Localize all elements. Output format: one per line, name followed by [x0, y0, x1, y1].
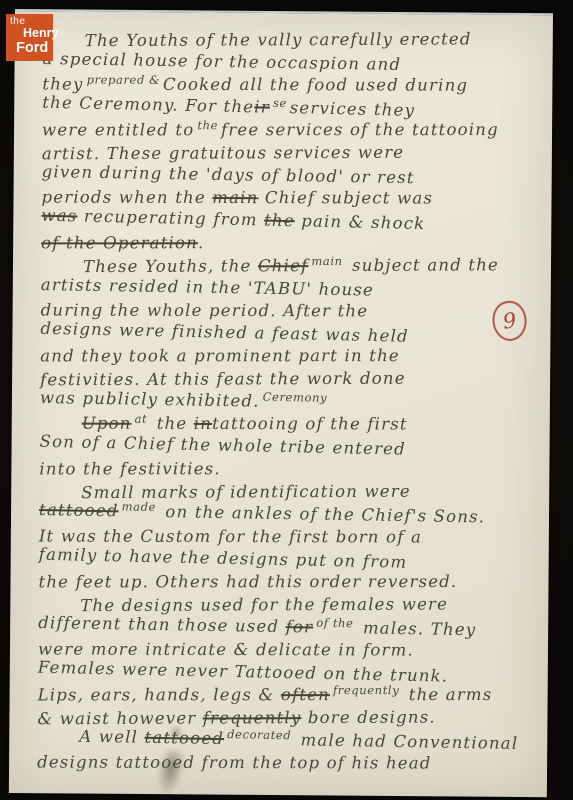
struck-text: of the Operation [41, 234, 198, 253]
text-segment: artist. These gratuitous services were [42, 143, 404, 164]
text-segment: These Youths, the [83, 256, 258, 276]
ink-smudge-small [169, 724, 183, 740]
text-segment: pain & shock [295, 211, 426, 233]
text-segment: The designs used for the females were [80, 594, 448, 615]
manuscript-line: into the festivities. [39, 459, 543, 482]
struck-text: tattooed [39, 500, 119, 520]
text-segment: they [42, 75, 83, 94]
page-number: 9 [501, 308, 517, 334]
text-segment: males. They [356, 619, 476, 640]
text-segment: and they took a prominent part in the [40, 346, 400, 365]
logo-ford: Ford [16, 41, 53, 56]
text-segment: the arms [402, 685, 492, 704]
struck-text: for [285, 618, 313, 637]
text-segment: the feet up. Others had this order rever… [38, 572, 457, 591]
struck-text: was [41, 205, 77, 225]
struck-text: frequently [203, 708, 302, 727]
struck-text: Chief [258, 256, 308, 275]
inserted-text: frequently [333, 683, 399, 697]
text-segment: were entitled to [42, 121, 194, 140]
logo-henry: Henry [23, 27, 53, 40]
inserted-text: se [273, 95, 287, 109]
struck-text: Upon [82, 414, 132, 433]
inserted-text: Ceremony [263, 389, 328, 404]
text-segment: tattooing of the first [212, 414, 408, 434]
text-segment: festivities. At this feast the work done [40, 369, 406, 390]
text-segment: Chief subject was [258, 188, 433, 207]
text-segment: bore designs. [301, 707, 436, 727]
text-segment: were more intricate & delicate in form. [38, 640, 414, 660]
text-segment: was publicly exhibited. [40, 388, 260, 411]
manuscript-text: The Youths of the vally carefully erecte… [9, 11, 553, 797]
text-segment: the Ceremony. For the [42, 92, 254, 116]
inserted-text: of the [316, 616, 354, 631]
text-segment: the [150, 414, 194, 433]
text-segment: periods when the [41, 188, 212, 207]
struck-text: tattooed [144, 728, 224, 748]
text-segment: recuperating from [77, 206, 264, 229]
text-segment: Cooked all the food used during [163, 75, 468, 95]
text-segment: free services of the tattooing [221, 120, 499, 139]
struck-text: the [264, 210, 295, 230]
inserted-text: at [135, 412, 148, 426]
henry-ford-logo: the Henry Ford [6, 14, 53, 61]
inserted-text: main [311, 254, 342, 268]
text-segment: different than those used [38, 613, 286, 636]
inserted-text: the [197, 118, 218, 132]
text-segment: services they [290, 98, 416, 120]
inserted-text: made [122, 500, 157, 515]
text-segment: Lips, ears, hands, legs & [38, 685, 281, 704]
struck-text: ir [254, 97, 270, 116]
text-segment: The Youths of the vally carefully erecte… [85, 29, 472, 50]
inserted-text: prepared & [87, 73, 160, 87]
manuscript-page: The Youths of the vally carefully erecte… [9, 9, 553, 797]
manuscript-line: were entitled tothefree services of the … [42, 120, 546, 143]
struck-text: main [212, 188, 258, 207]
text-segment: . [198, 234, 204, 253]
text-segment: subject and the [346, 255, 499, 275]
struck-text: often [281, 685, 330, 704]
text-segment: during the whole period. After the [41, 301, 369, 321]
text-segment: on the ankles of the Chief's Sons. [159, 502, 486, 526]
struck-text: in [194, 414, 212, 433]
text-segment: It was the Custom for the first born of … [39, 527, 422, 547]
manuscript-line: designs tattooed from the top of his hea… [37, 753, 541, 777]
text-segment: into the festivities. [39, 460, 220, 479]
inserted-text: decorated [227, 727, 291, 742]
manuscript-line: Lips, ears, hands, legs & oftenfrequentl… [38, 685, 542, 708]
text-segment: A well [79, 727, 145, 747]
text-segment: designs tattooed from the top of his hea… [37, 753, 432, 773]
manuscript-line: and they took a prominent part in the [40, 346, 544, 369]
text-segment: male had Conventional [294, 731, 518, 754]
manuscript-line: of the Operation. [41, 233, 545, 256]
manuscript-line: the feet up. Others had this order rever… [38, 572, 542, 595]
